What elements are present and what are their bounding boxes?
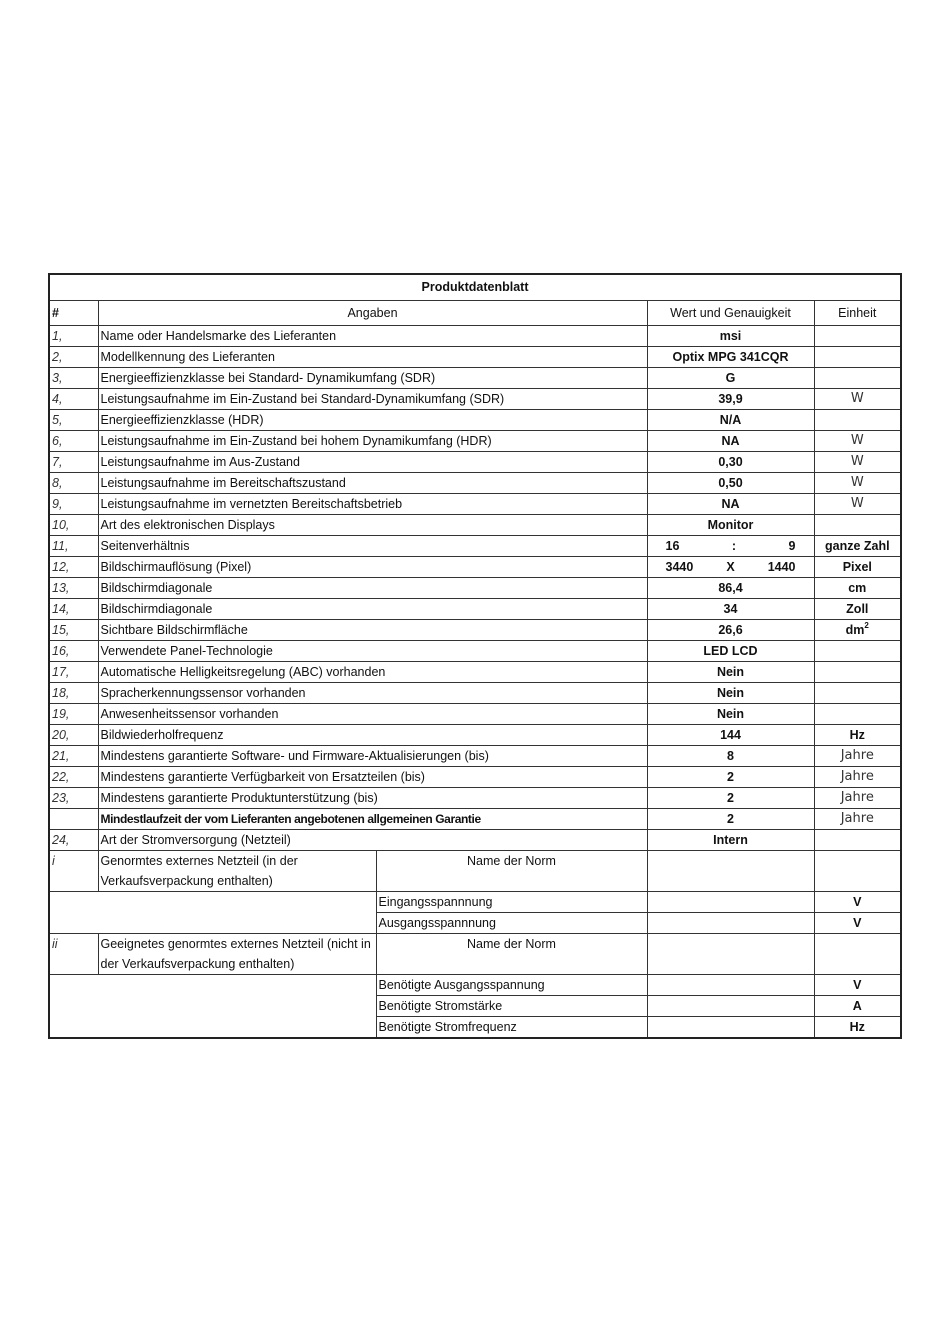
row-number: 12, — [49, 557, 98, 578]
header-num: # — [49, 301, 98, 326]
row-label: Bildschirmauflösung (Pixel) — [98, 557, 647, 578]
table-row: 6,Leistungsaufnahme im Ein-Zustand bei h… — [49, 431, 901, 452]
psu-sub-unit: V — [814, 892, 901, 913]
table-row: 7,Leistungsaufnahme im Aus-Zustand0,30W — [49, 452, 901, 473]
row-unit: Zoll — [814, 599, 901, 620]
row-number: 18, — [49, 683, 98, 704]
row-unit — [814, 662, 901, 683]
row-unit — [814, 830, 901, 851]
row-value: Nein — [647, 662, 814, 683]
row-value-part: : — [732, 536, 736, 556]
psu-sub-label: Eingangsspannnung — [376, 892, 647, 913]
row-unit: dm2 — [814, 620, 901, 641]
row-value: G — [647, 368, 814, 389]
row-unit — [814, 410, 901, 431]
psu-label: Genormtes externes Netzteil (in der Verk… — [98, 851, 376, 892]
row-unit: Pixel — [814, 557, 901, 578]
table-row: 19,Anwesenheitssensor vorhandenNein — [49, 704, 901, 725]
row-number: 13, — [49, 578, 98, 599]
row-number: 8, — [49, 473, 98, 494]
psu-sub-value — [647, 1017, 814, 1039]
row-label: Art der Stromversorgung (Netzteil) — [98, 830, 647, 851]
psu-sub-label: Benötigte Stromfrequenz — [376, 1017, 647, 1039]
row-unit: cm — [814, 578, 901, 599]
row-unit: Jahre — [814, 809, 901, 830]
row-value: 26,6 — [647, 620, 814, 641]
psu-included-header-row: iGenormtes externes Netzteil (in der Ver… — [49, 851, 901, 892]
table-row: 2,Modellkennung des LieferantenOptix MPG… — [49, 347, 901, 368]
table-row: 20,Bildwiederholfrequenz144Hz — [49, 725, 901, 746]
row-number: 15, — [49, 620, 98, 641]
row-number: 19, — [49, 704, 98, 725]
norm-name-unit — [814, 934, 901, 975]
row-label: Art des elektronischen Displays — [98, 515, 647, 536]
row-number: 4, — [49, 389, 98, 410]
row-number: 23, — [49, 788, 98, 809]
table-row: 15,Sichtbare Bildschirmfläche26,6dm2 — [49, 620, 901, 641]
table-row: 17,Automatische Helligkeitsregelung (ABC… — [49, 662, 901, 683]
row-value: NA — [647, 431, 814, 452]
row-value: LED LCD — [647, 641, 814, 662]
row-value: Nein — [647, 704, 814, 725]
norm-name-label: Name der Norm — [376, 851, 647, 892]
row-unit-text: Pixel — [843, 560, 872, 574]
row-label: Energieeffizienzklasse bei Standard- Dyn… — [98, 368, 647, 389]
row-value: 2 — [647, 788, 814, 809]
psu-blank-cell — [49, 975, 376, 1039]
header-unit: Einheit — [814, 301, 901, 326]
row-label: Mindestens garantierte Produktunterstütz… — [98, 788, 647, 809]
row-label: Bildwiederholfrequenz — [98, 725, 647, 746]
row-number: 11, — [49, 536, 98, 557]
row-number: 22, — [49, 767, 98, 788]
row-unit: Jahre — [814, 788, 901, 809]
row-value: 2 — [647, 767, 814, 788]
table-row: 10,Art des elektronischen DisplaysMonito… — [49, 515, 901, 536]
row-unit: Hz — [814, 725, 901, 746]
row-value-part: X — [726, 557, 734, 577]
header-label: Angaben — [98, 301, 647, 326]
row-unit-text: W — [851, 454, 864, 469]
row-unit — [814, 515, 901, 536]
row-label: Leistungsaufnahme im Aus-Zustand — [98, 452, 647, 473]
row-number: 5, — [49, 410, 98, 431]
row-value: Intern — [647, 830, 814, 851]
row-unit — [814, 368, 901, 389]
row-label: Energieeffizienzklasse (HDR) — [98, 410, 647, 431]
row-value: NA — [647, 494, 814, 515]
row-unit — [814, 683, 901, 704]
psu-suitable-header-row: iiGeeignetes genormtes externes Netzteil… — [49, 934, 901, 975]
row-unit: Jahre — [814, 767, 901, 788]
table-row: 16,Verwendete Panel-TechnologieLED LCD — [49, 641, 901, 662]
row-value: Nein — [647, 683, 814, 704]
table-row: 4,Leistungsaufnahme im Ein-Zustand bei S… — [49, 389, 901, 410]
norm-name-value — [647, 851, 814, 892]
row-value: msi — [647, 326, 814, 347]
row-unit — [814, 704, 901, 725]
row-label: Seitenverhältnis — [98, 536, 647, 557]
row-number: 6, — [49, 431, 98, 452]
row-unit: W — [814, 431, 901, 452]
row-value: Optix MPG 341CQR — [647, 347, 814, 368]
norm-name-value — [647, 934, 814, 975]
psu-sub-unit: V — [814, 913, 901, 934]
row-label: Anwesenheitssensor vorhanden — [98, 704, 647, 725]
row-unit-text: Zoll — [846, 602, 868, 616]
psu-sub-label: Benötigte Stromstärke — [376, 996, 647, 1017]
row-unit-text: cm — [848, 581, 866, 595]
row-value: 86,4 — [647, 578, 814, 599]
row-unit-text: Hz — [850, 728, 865, 742]
psu-label: Geeignetes genormtes externes Netzteil (… — [98, 934, 376, 975]
header-row: # Angaben Wert und Genauigkeit Einheit — [49, 301, 901, 326]
table-row: 12,Bildschirmauflösung (Pixel)3440X1440P… — [49, 557, 901, 578]
row-value: N/A — [647, 410, 814, 431]
psu-sub-value — [647, 975, 814, 996]
row-value: 39,9 — [647, 389, 814, 410]
row-unit: W — [814, 494, 901, 515]
row-number: 9, — [49, 494, 98, 515]
row-unit-superscript: 2 — [864, 621, 868, 630]
row-value: 2 — [647, 809, 814, 830]
row-label: Bildschirmdiagonale — [98, 578, 647, 599]
table-row: 22,Mindestens garantierte Verfügbarkeit … — [49, 767, 901, 788]
row-value-part: 1440 — [768, 557, 796, 577]
row-unit-text: Jahre — [841, 811, 874, 826]
psu-sub-value — [647, 913, 814, 934]
row-unit-text: W — [851, 391, 864, 406]
row-unit-text: Jahre — [841, 790, 874, 805]
row-label: Name oder Handelsmarke des Lieferanten — [98, 326, 647, 347]
sheet-title: Produktdatenblatt — [49, 274, 901, 301]
row-value: 0,30 — [647, 452, 814, 473]
table-row: 21,Mindestens garantierte Software- und … — [49, 746, 901, 767]
table-row: 24,Art der Stromversorgung (Netzteil)Int… — [49, 830, 901, 851]
row-value: 0,50 — [647, 473, 814, 494]
row-unit-text: W — [851, 433, 864, 448]
row-value: Monitor — [647, 515, 814, 536]
row-unit: W — [814, 473, 901, 494]
row-label: Leistungsaufnahme im Ein-Zustand bei hoh… — [98, 431, 647, 452]
psu-number: ii — [49, 934, 98, 975]
row-value: 16:9 — [647, 536, 814, 557]
row-label: Leistungsaufnahme im Ein-Zustand bei Sta… — [98, 389, 647, 410]
norm-name-label: Name der Norm — [376, 934, 647, 975]
row-value: 144 — [647, 725, 814, 746]
row-label: Mindestens garantierte Software- und Fir… — [98, 746, 647, 767]
psu-sub-unit: Hz — [814, 1017, 901, 1039]
psu-blank-cell — [49, 892, 376, 934]
row-unit-text: W — [851, 496, 864, 511]
row-label: Modellkennung des Lieferanten — [98, 347, 647, 368]
row-number: 24, — [49, 830, 98, 851]
table-row: 18,Spracherkennungssensor vorhandenNein — [49, 683, 901, 704]
psu-sub-row: Benötigte AusgangsspannungV — [49, 975, 901, 996]
psu-sub-unit: A — [814, 996, 901, 1017]
table-row: 14,Bildschirmdiagonale34Zoll — [49, 599, 901, 620]
row-unit: W — [814, 452, 901, 473]
row-unit-text: W — [851, 475, 864, 490]
row-label: Leistungsaufnahme im Bereitschaftszustan… — [98, 473, 647, 494]
row-number: 7, — [49, 452, 98, 473]
row-unit — [814, 641, 901, 662]
row-unit: W — [814, 389, 901, 410]
row-value-part: 3440 — [666, 557, 694, 577]
row-label: Leistungsaufnahme im vernetzten Bereitsc… — [98, 494, 647, 515]
row-number: 16, — [49, 641, 98, 662]
psu-sub-unit: V — [814, 975, 901, 996]
header-value: Wert und Genauigkeit — [647, 301, 814, 326]
row-unit-text: ganze Zahl — [825, 539, 890, 553]
row-number: 17, — [49, 662, 98, 683]
psu-sub-value — [647, 996, 814, 1017]
psu-sub-label: Ausgangsspannnung — [376, 913, 647, 934]
row-value-part: 9 — [789, 536, 796, 556]
table-row: 3,Energieeffizienzklasse bei Standard- D… — [49, 368, 901, 389]
row-value: 34 — [647, 599, 814, 620]
row-unit — [814, 347, 901, 368]
row-number: 21, — [49, 746, 98, 767]
table-row: 23,Mindestens garantierte Produktunterst… — [49, 788, 901, 809]
title-row: Produktdatenblatt — [49, 274, 901, 301]
row-number: 2, — [49, 347, 98, 368]
table-row: 9,Leistungsaufnahme im vernetzten Bereit… — [49, 494, 901, 515]
row-unit-text: dm — [846, 623, 865, 637]
psu-sub-row: EingangsspannnungV — [49, 892, 901, 913]
row-value-part: 16 — [666, 536, 680, 556]
row-unit-text: Jahre — [841, 769, 874, 784]
row-unit-text: Jahre — [841, 748, 874, 763]
row-label: Bildschirmdiagonale — [98, 599, 647, 620]
table-row: 13,Bildschirmdiagonale86,4cm — [49, 578, 901, 599]
row-value: 8 — [647, 746, 814, 767]
psu-sub-label: Benötigte Ausgangsspannung — [376, 975, 647, 996]
table-row: 11,Seitenverhältnis16:9ganze Zahl — [49, 536, 901, 557]
table-row: Mindestlaufzeit der vom Lieferanten ange… — [49, 809, 901, 830]
row-number: 10, — [49, 515, 98, 536]
row-number: 14, — [49, 599, 98, 620]
table-row: 8,Leistungsaufnahme im Bereitschaftszust… — [49, 473, 901, 494]
table-row: 1,Name oder Handelsmarke des Lieferanten… — [49, 326, 901, 347]
row-unit: ganze Zahl — [814, 536, 901, 557]
psu-number: i — [49, 851, 98, 892]
row-label: Verwendete Panel-Technologie — [98, 641, 647, 662]
row-number: 1, — [49, 326, 98, 347]
row-number: 3, — [49, 368, 98, 389]
row-number — [49, 809, 98, 830]
row-label: Mindestens garantierte Verfügbarkeit von… — [98, 767, 647, 788]
row-label: Automatische Helligkeitsregelung (ABC) v… — [98, 662, 647, 683]
row-number: 20, — [49, 725, 98, 746]
row-label: Mindestlaufzeit der vom Lieferanten ange… — [98, 809, 647, 830]
table-row: 5,Energieeffizienzklasse (HDR)N/A — [49, 410, 901, 431]
product-data-sheet-table: Produktdatenblatt # Angaben Wert und Gen… — [48, 273, 902, 1039]
row-value: 3440X1440 — [647, 557, 814, 578]
norm-name-unit — [814, 851, 901, 892]
row-unit: Jahre — [814, 746, 901, 767]
psu-sub-value — [647, 892, 814, 913]
row-label: Spracherkennungssensor vorhanden — [98, 683, 647, 704]
row-label: Sichtbare Bildschirmfläche — [98, 620, 647, 641]
row-unit — [814, 326, 901, 347]
